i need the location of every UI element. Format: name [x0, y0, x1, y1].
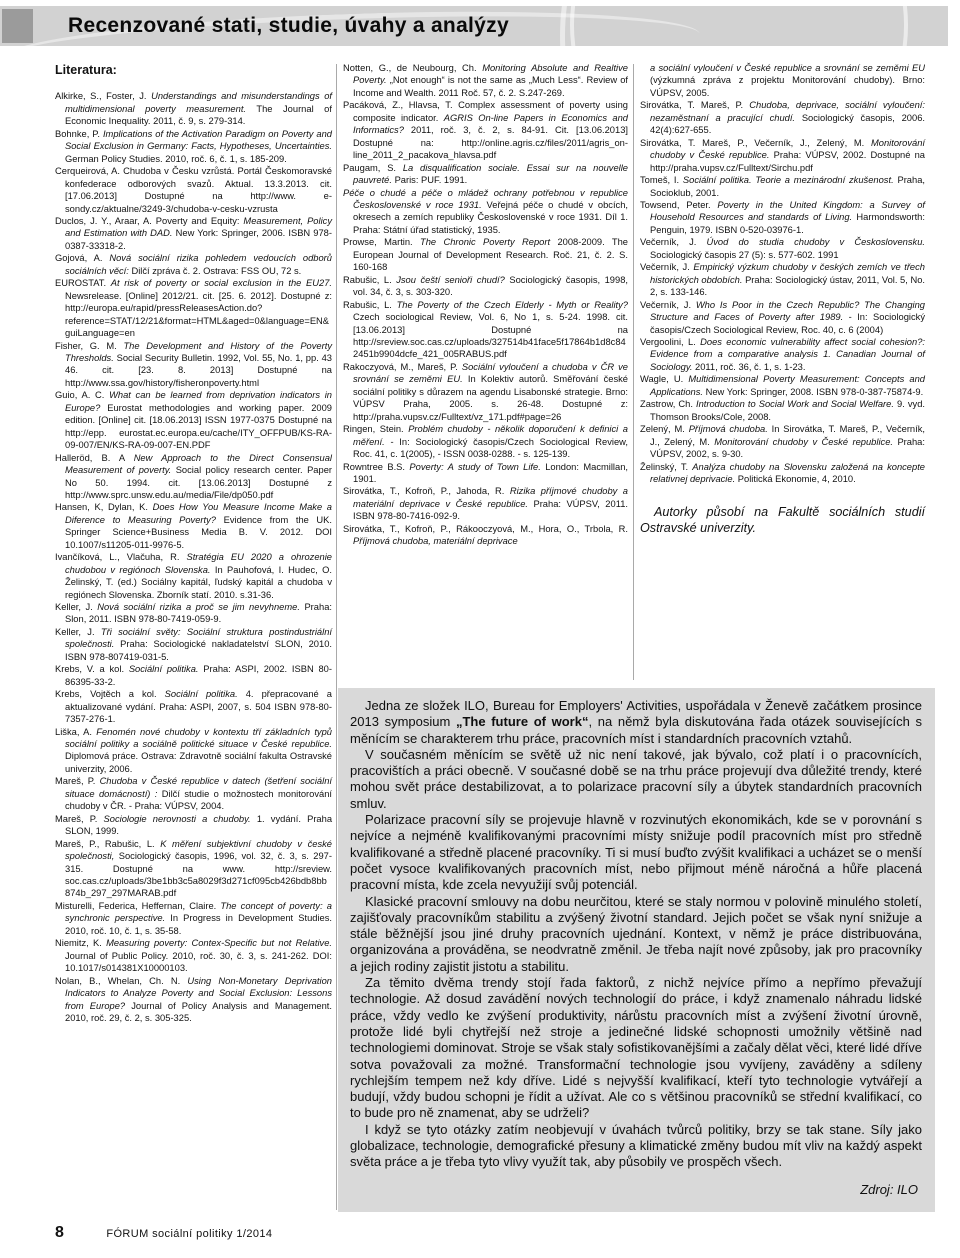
bibliography-column-2: Notten, G., de Neubourg, Ch. Monitoring … — [343, 62, 628, 548]
author-note: Autorky působí na Fakultě sociálních stu… — [640, 505, 925, 536]
ilo-paragraph: V současném měnícím se světě už nic není… — [350, 747, 922, 812]
bibliography-entry: Krebs, V. a kol. Sociální politika. Prah… — [55, 663, 332, 688]
bibliography-entry: Sirovátka, T. Mareš, P. Chudoba, depriva… — [640, 99, 925, 136]
column-rule — [336, 64, 337, 1210]
ilo-paragraph: Polarizace pracovní síly se projevuje hl… — [350, 812, 922, 893]
bibliography-entry: Liška, A. Fenomén nové chudoby v kontext… — [55, 726, 332, 776]
bibliography-entry: Želinský, T. Analýza chudoby na Slovensk… — [640, 461, 925, 486]
bibliography-entry: Keller, J. Tři sociální světy: Sociální … — [55, 626, 332, 663]
bibliography-entry: Notten, G., de Neubourg, Ch. Monitoring … — [343, 62, 628, 99]
bibliography-entry: Mareš, P. Chudoba v České republice v da… — [55, 775, 332, 812]
bibliography-entry: Sirovátka, T. Mareš, P., Večerník, J., Z… — [640, 137, 925, 174]
bibliography-entry: Zastrow, Ch. Introduction to Social Work… — [640, 398, 925, 423]
header-banner: Recenzované stati, studie, úvahy a analý… — [0, 6, 948, 46]
ilo-paragraph: Jedna ze složek ILO, Bureau for Employer… — [350, 698, 922, 747]
bibliography-entry: Nolan, B., Whelan, Ch. N. Using Non-Mone… — [55, 975, 332, 1025]
bibliography-list-2: Notten, G., de Neubourg, Ch. Monitoring … — [343, 62, 628, 548]
ilo-paragraph: Za těmito dvěma trendy stojí řada faktor… — [350, 975, 922, 1122]
bibliography-entry: Bohnke, P. Implications of the Activatio… — [55, 128, 332, 165]
bibliography-entry: Halleröd, B. A New Approach to the Direc… — [55, 452, 332, 502]
bibliography-entry: Keller, J. Nová sociální rizika a proč s… — [55, 601, 332, 626]
journal-page: { "header": { "title": "Recenzované stat… — [0, 0, 960, 1258]
bibliography-entry: Vergoolini, L. Does economic vulnerabili… — [640, 336, 925, 373]
bibliography-entry: Zelený, M. Příjmová chudoba. In Sirovátk… — [640, 423, 925, 460]
bibliography-entry: Fisher, G. M. The Development and Histor… — [55, 340, 332, 390]
globe-watermark-icon — [532, 6, 946, 46]
bibliography-entry: Rakoczyová, M., Mareš, P. Sociální vylou… — [343, 361, 628, 423]
bibliography-entry: Gojová, A. Nová sociální rizika pohledem… — [55, 252, 332, 277]
ilo-paragraph: Klasické pracovní smlouvy na dobu neurči… — [350, 894, 922, 975]
bibliography-entry: Hansen, K, Dylan, K. Does How You Measur… — [55, 501, 332, 551]
bibliography-entry: Alkirke, S., Foster, J. Understandings a… — [55, 90, 332, 127]
bibliography-entry: Cerqueirová, A. Chudoba v Česku vzrůstá.… — [55, 165, 332, 215]
literature-heading: Literatura: — [55, 64, 332, 76]
bibliography-column-1: Literatura: Alkirke, S., Foster, J. Unde… — [55, 62, 332, 1024]
bibliography-entry: Rowntree B.S. Poverty: A study of Town L… — [343, 461, 628, 486]
bibliography-entry: a sociální vyloučení v České republice a… — [640, 62, 925, 99]
bibliography-entry: Mareš, P., Rabušic, L. K měření subjekti… — [55, 838, 332, 900]
bibliography-list-1: Alkirke, S., Foster, J. Understandings a… — [55, 90, 332, 1024]
bibliography-entry: Péče o chudé a péče o mládež ochrany pot… — [343, 187, 628, 237]
bibliography-entry: Ringen, Stein. Problém chudoby - několik… — [343, 423, 628, 460]
globe-watermark-icon — [560, 6, 948, 46]
bibliography-entry: Sirovátka, T., Kofroň, P., Rákooczyová, … — [343, 523, 628, 548]
ilo-summary-box: Jedna ze složek ILO, Bureau for Employer… — [338, 688, 935, 1212]
bibliography-entry: Mareš, P. Sociologie nerovnosti a chudob… — [55, 813, 332, 838]
bibliography-entry: Rabušic, L. Jsou čeští senioři chudí? So… — [343, 274, 628, 299]
bibliography-column-3: a sociální vyloučení v České republice a… — [640, 62, 925, 537]
journal-title: FÓRUM sociální politiky 1/2014 — [106, 1228, 272, 1240]
banner-accent-square — [2, 9, 33, 43]
bibliography-list-3: a sociální vyloučení v České republice a… — [640, 62, 925, 485]
bibliography-entry: Duclos, J. Y., Araar, A. Poverty and Equ… — [55, 215, 332, 252]
bibliography-entry: Sirovátka, T., Kofroň, P., Jahoda, R. Ri… — [343, 485, 628, 522]
bibliography-entry: Krebs, Vojtěch a kol. Sociální politika.… — [55, 688, 332, 725]
ilo-paragraph: I když se tyto otázky zatím neobjevují v… — [350, 1122, 922, 1171]
page-title: Recenzované stati, studie, úvahy a analý… — [68, 14, 509, 38]
bibliography-entry: Večerník, J. Who Is Poor in the Czech Re… — [640, 299, 925, 336]
page-number: 8 — [55, 1224, 64, 1242]
page-footer: 8 FÓRUM sociální politiky 1/2014 — [55, 1224, 575, 1242]
bibliography-entry: Guio, A. C. What can be learned from dep… — [55, 389, 332, 451]
ilo-paragraphs: Jedna ze složek ILO, Bureau for Employer… — [350, 698, 922, 1171]
bibliography-entry: Ivančíková, L., Vlačuha, R. Stratégia EU… — [55, 551, 332, 601]
bibliography-entry: Towsend, Peter. Poverty in the United Ki… — [640, 199, 925, 236]
bibliography-entry: Prowse, Martin. The Chronic Poverty Repo… — [343, 236, 628, 273]
ilo-source: Zdroj: ILO — [350, 1182, 918, 1198]
bibliography-entry: EUROSTAT. At risk of poverty or social e… — [55, 277, 332, 339]
bibliography-entry: Niemitz, K. Measuring poverty: Contex-Sp… — [55, 937, 332, 974]
bibliography-entry: Tomeš, I. Sociální politika. Teorie a me… — [640, 174, 925, 199]
bibliography-entry: Paugam, S. La disqualification sociale. … — [343, 162, 628, 187]
bibliography-entry: Wagle, U. Multidimensional Poverty Measu… — [640, 373, 925, 398]
bibliography-entry: Rabušic, L. The Poverty of the Czech Eld… — [343, 299, 628, 361]
bibliography-entry: Pacáková, Z., Hlavsa, T. Complex assessm… — [343, 99, 628, 161]
bibliography-entry: Večerník, J. Empirický výzkum chudoby v … — [640, 261, 925, 298]
bibliography-entry: Večerník, J. Úvod do studia chudoby v Če… — [640, 236, 925, 261]
column-rule — [633, 64, 634, 680]
bibliography-entry: Misturelli, Federica, Heffernan, Claire.… — [55, 900, 332, 937]
